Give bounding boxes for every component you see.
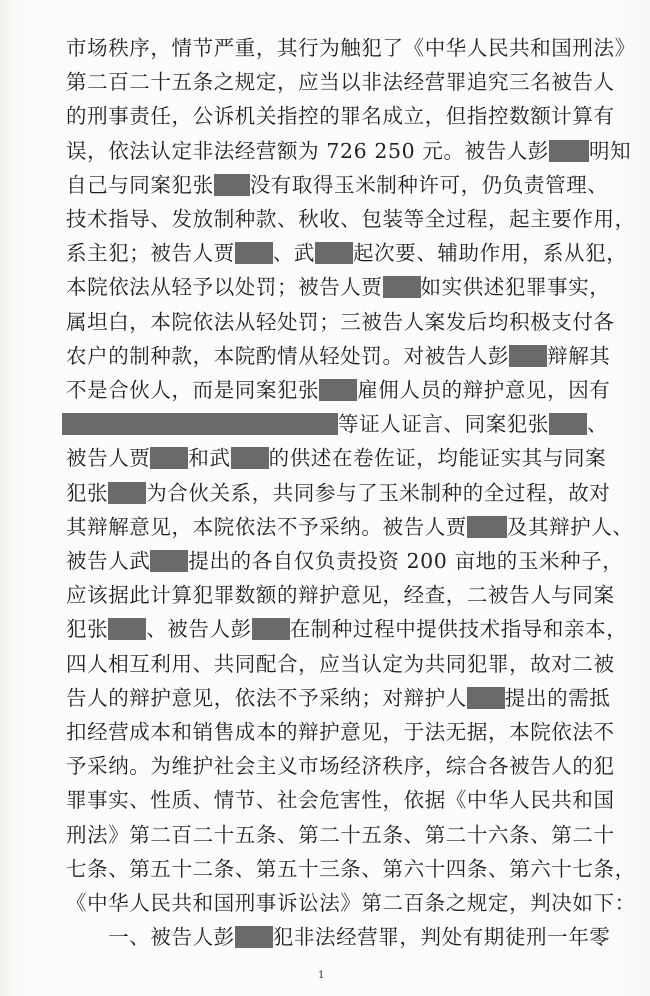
text-segment: 告人的辩护意见，依法不予采纳；对辩护人 [66, 686, 467, 710]
redaction-box [549, 413, 587, 435]
text-segment: 扣经营成本和销售成本的辩护意见，于法无据，本院依法不 [66, 720, 615, 744]
text-segment: 七条、第五十二条、第五十三条、第六十四条、第六十七条， [66, 857, 636, 881]
text-line: 予采纳。为维护社会主义市场经济秩序，综合各被告人的犯 [66, 751, 615, 781]
page-number: 1 [318, 970, 324, 982]
text-line: 市场秩序，情节严重，其行为触犯了《中华人民共和国刑法》 [66, 33, 636, 63]
text-segment: 提出的需抵 [505, 686, 611, 710]
text-segment: 其辩解意见，本院依法不予采纳。被告人贾 [66, 515, 467, 539]
text-segment: 《中华人民共和国刑事诉讼法》第二百条之规定，判决如下： [66, 891, 636, 915]
text-line: 一、被告人彭犯非法经营罪，判处有期徒刑一年零 [66, 922, 610, 952]
text-segment: 、 [587, 412, 608, 436]
text-line: 等证人证言、同案犯张、 [66, 409, 608, 439]
text-segment: 被告人贾 [66, 446, 150, 470]
redaction-box [62, 413, 338, 435]
text-segment: 刑法》第二百二十五条、第二十五条、第二十六条、第二十 [66, 823, 615, 847]
text-segment: 的刑事责任，公诉机关指控的罪名成立，但指控数额计算有 [66, 104, 615, 128]
text-line: 误，依法认定非法经营额为 726 250 元。被告人彭明知 [66, 136, 631, 166]
text-segment: 误，依法认定非法经营额为 726 250 元。被告人彭 [66, 139, 549, 163]
text-segment: 农户的制种款，本院酌情从轻处罚。对被告人彭 [66, 344, 509, 368]
text-line: 本院依法从轻予以处罚；被告人贾如实供述犯罪事实， [66, 272, 610, 302]
document-page: 市场秩序，情节严重，其行为触犯了《中华人民共和国刑法》第二百二十五条之规定，应当… [0, 0, 650, 996]
redaction-box [150, 447, 188, 469]
text-line: 的刑事责任，公诉机关指控的罪名成立，但指控数额计算有 [66, 101, 615, 131]
redaction-box [214, 174, 250, 196]
text-segment: 市场秩序，情节严重，其行为触犯了《中华人民共和国刑法》 [66, 36, 636, 60]
text-segment: 和武 [188, 446, 230, 470]
text-line: 扣经营成本和销售成本的辩护意见，于法无据，本院依法不 [66, 717, 615, 747]
text-segment: 明知 [589, 139, 631, 163]
text-line: 应该据此计算犯罪数额的辩护意见，经查，二被告人与同案 [66, 580, 615, 610]
text-segment: 、被告人彭 [146, 617, 252, 641]
text-line: 犯张为合伙关系，共同参与了玉米制种的全过程，故对 [66, 478, 610, 508]
text-line: 自己与同案犯张没有取得玉米制种许可，仍负责管理、 [66, 170, 608, 200]
redaction-box [467, 516, 507, 538]
text-segment: 的供述在卷佐证，均能证实其与同案 [269, 446, 607, 470]
text-line: 告人的辩护意见，依法不予采纳；对辩护人提出的需抵 [66, 683, 610, 713]
text-line: 技术指导、发放制种款、秋收、包装等全过程，起主要作用， [66, 204, 636, 234]
redaction-box [108, 618, 146, 640]
text-segment: 系主犯；被告人贾 [66, 241, 235, 265]
text-segment: 在制种过程中提供技术指导和亲本， [290, 617, 628, 641]
text-segment: 提出的各自仅负责投资 200 亩地的玉米种子， [188, 549, 623, 573]
text-segment: 一、被告人彭 [66, 925, 235, 949]
text-segment: 辩解其 [547, 344, 610, 368]
text-segment: 罪事实、性质、情节、社会危害性，依据《中华人民共和国 [66, 788, 615, 812]
text-line: 犯张、被告人彭在制种过程中提供技术指导和亲本， [66, 614, 627, 644]
redaction-box [509, 345, 547, 367]
redaction-box [383, 276, 421, 298]
redaction-box [315, 242, 353, 264]
text-line: 其辩解意见，本院依法不予采纳。被告人贾及其辩护人、 [66, 512, 634, 542]
text-segment: 犯张 [66, 481, 108, 505]
text-line: 不是合伙人，而是同案犯张雇佣人员的辩护意见，因有 [66, 375, 610, 405]
text-line: 四人相互利用、共同配合，应当认定为共同犯罪，故对二被 [66, 649, 615, 679]
redaction-box [235, 242, 273, 264]
text-line: 《中华人民共和国刑事诉讼法》第二百条之规定，判决如下： [66, 888, 636, 918]
text-segment: 犯张 [66, 617, 108, 641]
text-segment: 起次要、辅助作用，系从犯， [353, 241, 627, 265]
text-line: 罪事实、性质、情节、社会危害性，依据《中华人民共和国 [66, 785, 615, 815]
redaction-box [549, 140, 589, 162]
redaction-box [108, 482, 146, 504]
text-line: 农户的制种款，本院酌情从轻处罚。对被告人彭辩解其 [66, 341, 610, 371]
text-line: 被告人武提出的各自仅负责投资 200 亩地的玉米种子， [66, 546, 623, 576]
redaction-box [235, 926, 273, 948]
redaction-box [319, 379, 357, 401]
text-segment: 及其辩护人、 [507, 515, 634, 539]
text-line: 系主犯；被告人贾、武起次要、辅助作用，系从犯， [66, 238, 627, 268]
text-line: 属坦白，本院依法从轻处罚；三被告人案发后均积极支付各 [66, 307, 615, 337]
text-segment: 应该据此计算犯罪数额的辩护意见，经查，二被告人与同案 [66, 583, 615, 607]
text-segment: 为合伙关系，共同参与了玉米制种的全过程，故对 [146, 481, 610, 505]
redaction-box [252, 618, 290, 640]
text-segment: 本院依法从轻予以处罚；被告人贾 [66, 275, 383, 299]
text-line: 七条、第五十二条、第五十三条、第六十四条、第六十七条， [66, 854, 636, 884]
text-segment: 如实供述犯罪事实， [421, 275, 611, 299]
text-segment: 予采纳。为维护社会主义市场经济秩序，综合各被告人的犯 [66, 754, 615, 778]
text-segment: 等证人证言、同案犯张 [338, 412, 549, 436]
text-line: 第二百二十五条之规定，应当以非法经营罪追究三名被告人 [66, 67, 615, 97]
redaction-box [467, 687, 505, 709]
text-segment: 没有取得玉米制种许可，仍负责管理、 [250, 173, 609, 197]
text-segment: 第二百二十五条之规定，应当以非法经营罪追究三名被告人 [66, 70, 615, 94]
text-segment: 被告人武 [66, 549, 150, 573]
text-segment: 、武 [273, 241, 315, 265]
text-segment: 自己与同案犯张 [66, 173, 214, 197]
text-line: 刑法》第二百二十五条、第二十五条、第二十六条、第二十 [66, 820, 615, 850]
text-segment: 技术指导、发放制种款、秋收、包装等全过程，起主要作用， [66, 207, 636, 231]
text-segment: 犯非法经营罪，判处有期徒刑一年零 [273, 925, 611, 949]
text-segment: 雇佣人员的辩护意见，因有 [357, 378, 610, 402]
text-segment: 属坦白，本院依法从轻处罚；三被告人案发后均积极支付各 [66, 310, 615, 334]
text-segment: 不是合伙人，而是同案犯张 [66, 378, 319, 402]
redaction-box [231, 447, 269, 469]
text-segment: 四人相互利用、共同配合，应当认定为共同犯罪，故对二被 [66, 652, 615, 676]
text-line: 被告人贾和武的供述在卷佐证，均能证实其与同案 [66, 443, 606, 473]
redaction-box [150, 550, 188, 572]
